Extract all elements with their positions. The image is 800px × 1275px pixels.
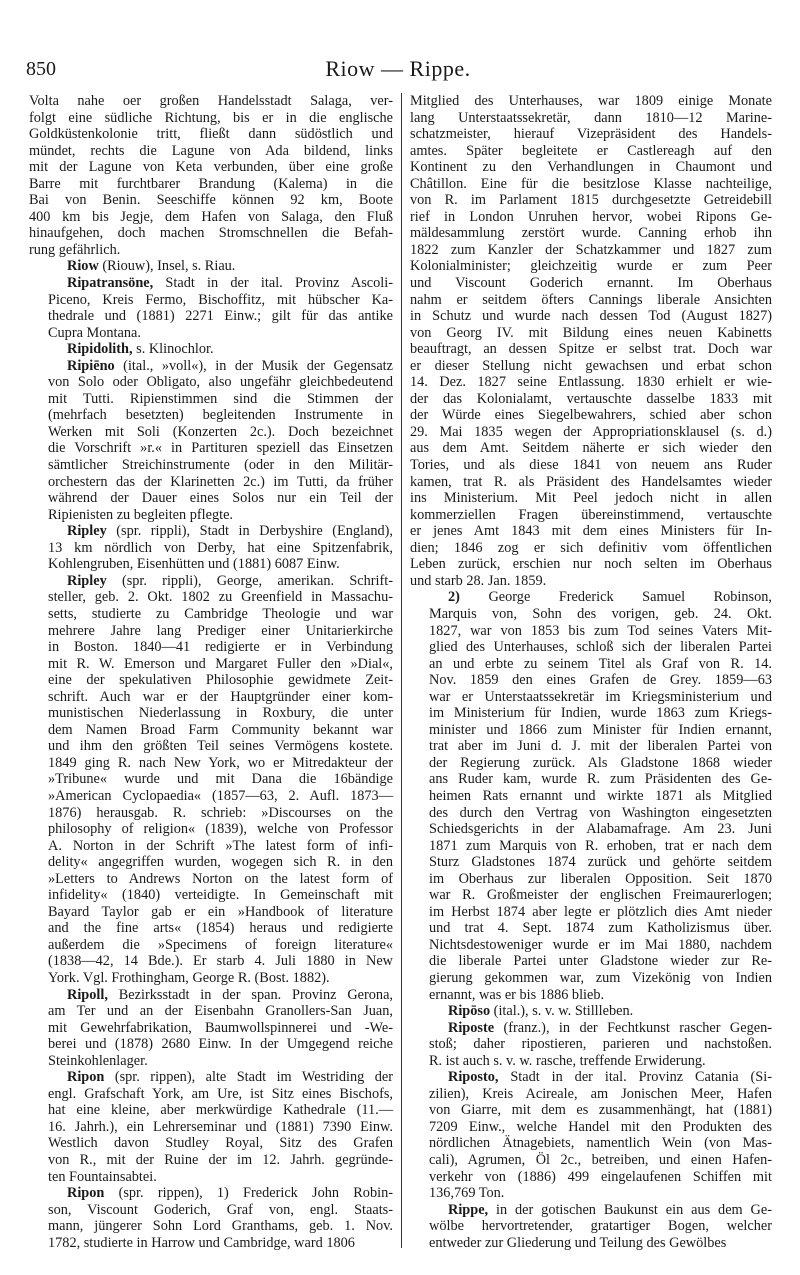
text-line: Rippe, in der gotischen Baukunst ein aus… <box>410 1202 772 1219</box>
text-line: mit R. W. Emerson und Margaret Fuller de… <box>29 656 393 673</box>
continued-text: Mitglied des Unterhauses, war 1809 einig… <box>410 93 772 589</box>
text-line: infidelity« (1840) verteidigte. In Gemei… <box>29 887 393 904</box>
text-line: and the fine arts« (1854) heraus und red… <box>29 920 393 937</box>
entry-headword: Ripon <box>67 1069 104 1085</box>
text-line: mit Tutti. Ripienstimmen sind die Stimme… <box>29 391 393 408</box>
text-line: Ripatransöne, Stadt in der ital. Provinz… <box>29 275 393 292</box>
text-line: schatzmeister, hierauf Vizepräsident des… <box>410 126 772 143</box>
text-line: im Oberhaus zur liberalen Opposition. Se… <box>410 871 772 888</box>
text-line: im Ministerium für Indien, wurde 1863 zu… <box>410 705 772 722</box>
text-line: delity« angegriffen wurden, wogegen sich… <box>29 854 393 871</box>
text-line: son, Viscount Goderich, Graf von, engl. … <box>29 1202 393 1219</box>
text-line: am Ter und an der Eisenbahn Granollers-S… <box>29 1003 393 1020</box>
left-column: Volta nahe oer großen Handelsstadt Salag… <box>29 93 393 1251</box>
text-line: die liberale Partei unter Gladstone wied… <box>410 953 772 970</box>
entry-headword: 2) <box>448 589 460 605</box>
text-line: Ripon (spr. rippen), 1) Frederick John R… <box>29 1185 393 1202</box>
text-line: nördlichen Ätnagebiets, namentlich Wein … <box>410 1135 772 1152</box>
text-line: Ripōso (ital.), s. v. w. Stillleben. <box>410 1003 772 1020</box>
text-line: 1827, war von 1853 bis zum Tod seines Va… <box>410 623 772 640</box>
text-line: Ripon (spr. rippen), alte Stadt im Westr… <box>29 1069 393 1086</box>
dictionary-entry: Riposto, Stadt in der ital. Provinz Cata… <box>410 1069 772 1201</box>
text-line: R. ist auch s. v. w. rasche, treffende E… <box>410 1053 772 1070</box>
text-line: sämtlicher Streichinstrumente (oder in d… <box>29 457 393 474</box>
dictionary-entry: Riow (Riouw), Insel, s. Riau. <box>29 258 393 275</box>
text-line: »Tribune« wurde und mit Dana die 16bändi… <box>29 771 393 788</box>
text-line: des durch den Vertrag von Washington ein… <box>410 805 772 822</box>
text-line: 136,769 Ton. <box>410 1185 772 1202</box>
text-line: Riow (Riouw), Insel, s. Riau. <box>29 258 393 275</box>
running-title: Riow — Rippe. <box>26 56 770 82</box>
text-line: und trat 4. Sept. 1874 zum Katholizismus… <box>410 920 772 937</box>
text-line: wölbe hervortretender, gratartiger Bogen… <box>410 1218 772 1235</box>
text-line: »American Cyclopaedia« (1857—63, 2. Aufl… <box>29 788 393 805</box>
dictionary-entry: Rippe, in der gotischen Baukunst ein aus… <box>410 1202 772 1252</box>
text-line: an und erbte zu seinem Titel als Graf vo… <box>410 656 772 673</box>
dictionary-entry: Ripatransöne, Stadt in der ital. Provinz… <box>29 275 393 341</box>
text-line: entweder zur Gliederung und Teilung des … <box>410 1235 772 1252</box>
text-line: ten Fountainsabtei. <box>29 1169 393 1186</box>
dictionary-entry: Ripōso (ital.), s. v. w. Stillleben. <box>410 1003 772 1020</box>
text-line: 29. Mai 1835 wegen der Appropriationskla… <box>410 424 772 441</box>
text-line: außerdem die »Specimens of foreign liter… <box>29 937 393 954</box>
text-line: mit der Lagune von Keta verbunden, über … <box>29 159 393 176</box>
text-line: glied des Unterhauses, schloß sich der l… <box>410 639 772 656</box>
text-line: der das Kolonialamt, vertauschte dasselb… <box>410 391 772 408</box>
entry-headword: Ripoll, <box>67 987 108 1003</box>
text-line: und ihm den größten Teil seines Vermögen… <box>29 738 393 755</box>
text-line: 7209 Einw., welche Handel mit den Produk… <box>410 1119 772 1136</box>
entry-headword: Riposte <box>448 1020 494 1036</box>
text-line: Werken mit Soli (Konzerten 2c.). Doch be… <box>29 424 393 441</box>
text-line: dem Namen Broad Farm Community bekannt w… <box>29 722 393 739</box>
dictionary-entry: Ripley (spr. rippli), Stadt in Derbyshir… <box>29 523 393 573</box>
text-line: 2) George Frederick Samuel Robinson, <box>410 589 772 606</box>
text-line: Marquis von, Sohn des vorigen, geb. 24. … <box>410 606 772 623</box>
text-line: von R., mit der Ruine der im 12. Jahrh. … <box>29 1152 393 1169</box>
text-line: Kohlengruben, Eisenhütten und (1881) 608… <box>29 556 393 573</box>
text-line: und Viscount Goderich ernannt. Im Oberha… <box>410 275 772 292</box>
text-line: steller, geb. 2. Okt. 1802 zu Greenfield… <box>29 589 393 606</box>
text-line: von Giarre, mit dem es zusammenhängt, ha… <box>410 1102 772 1119</box>
text-line: Ripienisten zu begleiten pflegte. <box>29 507 393 524</box>
text-line: Châtillon. Eine für die besitzlose Klass… <box>410 176 772 193</box>
text-line: cali), Agrumen, Öl 2c., betreiben, und e… <box>410 1152 772 1169</box>
text-line: ans Ruder kam, wurde R. zum Präsidenten … <box>410 771 772 788</box>
text-line: die Vorschrift »r.« in Partituren spezie… <box>29 440 393 457</box>
text-line: verkehr von (1886) 499 eingelaufenen Sch… <box>410 1169 772 1186</box>
text-line: engl. Grafschaft York, am Ure, ist Sitz … <box>29 1086 393 1103</box>
text-line: folgt eine südliche Richtung, bis er in … <box>29 110 393 127</box>
text-line: Bai von Benin. Seeschiffe können 92 km, … <box>29 192 393 209</box>
text-line: trat aber im Juni d. J. mit der liberale… <box>410 738 772 755</box>
text-line: und starb 28. Jan. 1859. <box>410 573 772 590</box>
text-line: York. Vgl. Frothingham, George R. (Bost.… <box>29 970 393 987</box>
text-line: Piceno, Kreis Fermo, Bischoffitz, mit hü… <box>29 292 393 309</box>
text-line: ernannt, was er bis 1886 blieb. <box>410 987 772 1004</box>
text-line: lang Unterstaatssekretär, dann 1810—12 M… <box>410 110 772 127</box>
text-line: eine der spekulativen Philosophie gewidm… <box>29 672 393 689</box>
text-line: Mitglied des Unterhauses, war 1809 einig… <box>410 93 772 110</box>
text-line: Nov. 1859 den eines Grafen de Grey. 1859… <box>410 672 772 689</box>
text-line: hinaufgehen, doch machen Stromschnellen … <box>29 225 393 242</box>
entry-headword: Ripiēno <box>67 358 115 374</box>
entry-headword: Ripon <box>67 1185 104 1201</box>
text-line: Riposto, Stadt in der ital. Provinz Cata… <box>410 1069 772 1086</box>
text-line: »Letters to Andrews Norton on the latest… <box>29 871 393 888</box>
text-line: beauftragt, an dessen Spitze er selbst t… <box>410 341 772 358</box>
text-line: mit Gewehrfabrikation, Baumwollspinnerei… <box>29 1020 393 1037</box>
column-divider <box>401 93 402 1248</box>
text-line: kamen, trat R. als Präsident des Handels… <box>410 474 772 491</box>
text-line: minister und 1866 zum Minister für Indie… <box>410 722 772 739</box>
text-line: stoß; daher ripostieren, parieren und na… <box>410 1036 772 1053</box>
dictionary-entry: Ripon (spr. rippen), alte Stadt im Westr… <box>29 1069 393 1185</box>
text-line: hat eine kleine, aber merkwürdige Kathed… <box>29 1102 393 1119</box>
text-line: der Regierung zurück. Als Gladstone 1868… <box>410 755 772 772</box>
text-line: Tories, und als diese 1841 von neuem ans… <box>410 457 772 474</box>
text-line: Ripoll, Bezirksstadt in der span. Provin… <box>29 987 393 1004</box>
text-line: er jenes Amt 1843 mit dem eines Minister… <box>410 523 772 540</box>
text-line: dien; 1846 zog er sich definitiv vom öff… <box>410 540 772 557</box>
entry-headword: Ripley <box>67 523 107 539</box>
text-line: Riposte (franz.), in der Fechtkunst rasc… <box>410 1020 772 1037</box>
text-line: philosophy of religion« (1839), welche v… <box>29 821 393 838</box>
text-line: mehrere Jahre lang Prediger einer Unitar… <box>29 623 393 640</box>
text-line: Westlich davon Studley Royal, Sitz des G… <box>29 1135 393 1152</box>
text-line: rief in London Unruhen hervor, wobei Rip… <box>410 209 772 226</box>
text-line: 1871 zum Marquis von R. erhoben, trat er… <box>410 838 772 855</box>
text-line: (mehrfach besetzten) begleitenden Instru… <box>29 407 393 424</box>
text-line: von R. im Parlament 1815 durchgesetzte G… <box>410 192 772 209</box>
text-line: amtes. Später begleitete er Castlereagh … <box>410 143 772 160</box>
text-line: der Würde eines Siegelbewahrers, schied … <box>410 407 772 424</box>
text-line: war R. Großmeister der englischen Freima… <box>410 887 772 904</box>
text-line: Ripidolith, s. Klinochlor. <box>29 341 393 358</box>
text-line: 13 km nördlich von Derby, hat eine Spitz… <box>29 540 393 557</box>
text-line: er dieser Stellung nicht gewachsen und e… <box>410 358 772 375</box>
text-line: Volta nahe oer großen Handelsstadt Salag… <box>29 93 393 110</box>
text-line: mündet, rechts die Lagune von Ada bilden… <box>29 143 393 160</box>
text-line: im Herbst 1874 aber legte er plötzlich d… <box>410 904 772 921</box>
text-line: gierung gekommen war, zum Vizekönig von … <box>410 970 772 987</box>
right-column: Mitglied des Unterhauses, war 1809 einig… <box>410 93 772 1251</box>
text-line: munistischen Niederlassung in Roxbury, d… <box>29 705 393 722</box>
text-line: Ripley (spr. rippli), George, amerikan. … <box>29 573 393 590</box>
text-line: kommerziellen Fragen übereinstimmend, ve… <box>410 507 772 524</box>
text-line: Kolonialminister; gleichzeitig wurde er … <box>410 258 772 275</box>
entry-headword: Riow <box>67 258 99 274</box>
text-line: von Georg IV. mit Bildung eines neuen Ka… <box>410 325 772 342</box>
text-line: Ripiēno (ital., »voll«), in der Musik de… <box>29 358 393 375</box>
text-line: aus dem Amt. Seitdem näherte er sich wie… <box>410 440 772 457</box>
text-line: 1822 zum Kanzler der Schatzkammer und 18… <box>410 242 772 259</box>
entry-headword: Riposto, <box>448 1069 498 1085</box>
page-header: 850 Riow — Rippe. <box>26 50 770 80</box>
entry-headword: Rippe, <box>448 1202 488 1218</box>
text-line: heimen Rats ernannt und wirkte 1871 als … <box>410 788 772 805</box>
text-line: während der Dauer eines Solos nur ein Te… <box>29 490 393 507</box>
text-line: Leben zurück, erschien nur noch selten i… <box>410 556 772 573</box>
text-line: A. Norton in der Schrift »The latest for… <box>29 838 393 855</box>
text-line: thedrale und (1881) 2271 Einw.; gilt für… <box>29 308 393 325</box>
text-line: Ripley (spr. rippli), Stadt in Derbyshir… <box>29 523 393 540</box>
text-line: mann, jüngerer Sohn Lord Granthams, geb.… <box>29 1218 393 1235</box>
text-line: ins Ministerium. Mit Peel jedoch nicht i… <box>410 490 772 507</box>
text-line: 1782, studierte in Harrow und Cambridge,… <box>29 1235 393 1252</box>
text-line: schrift. Auch war er der Hauptgründer ei… <box>29 689 393 706</box>
text-line: 1876) herausgab. R. schrieb: »Discourses… <box>29 805 393 822</box>
text-line: Bayard Taylor gab er ein »Handbook of li… <box>29 904 393 921</box>
text-line: in Schutz und wurde nach dessen Tod (Aug… <box>410 308 772 325</box>
text-line: nahm er seitdem öfters Cannings liberale… <box>410 292 772 309</box>
text-line: Sturz Gladstones 1874 zurück und gehörte… <box>410 854 772 871</box>
text-line: orchestern das der Klarinetten 2c.) im T… <box>29 474 393 491</box>
text-line: rung gefährlich. <box>29 242 393 259</box>
continued-text: Volta nahe oer großen Handelsstadt Salag… <box>29 93 393 258</box>
text-line: Cupra Montana. <box>29 325 393 342</box>
dictionary-entry: Ripley (spr. rippli), George, amerikan. … <box>29 573 393 987</box>
text-line: Goldküstenkolonie tritt, fließt dann süd… <box>29 126 393 143</box>
dictionary-entry: Ripidolith, s. Klinochlor. <box>29 341 393 358</box>
text-line: Steinkohlenlager. <box>29 1053 393 1070</box>
text-line: 16. Jahrh.), ein Lehrerseminar und (1881… <box>29 1119 393 1136</box>
text-line: setts, studierte zu Cambridge Theologie … <box>29 606 393 623</box>
entry-headword: Ripidolith, <box>67 341 133 357</box>
text-line: 1849 ging R. nach New York, wo er Mitred… <box>29 755 393 772</box>
text-line: (1838—42, 14 Bde.). Er starb 4. Juli 188… <box>29 953 393 970</box>
entry-headword: Ripōso <box>448 1003 490 1019</box>
text-line: in Boston. 1840—41 redigierte er in Verb… <box>29 639 393 656</box>
dictionary-entry: Ripiēno (ital., »voll«), in der Musik de… <box>29 358 393 523</box>
text-line: Schiedsgerichts in der Alabamafrage. Am … <box>410 821 772 838</box>
dictionary-entry: Riposte (franz.), in der Fechtkunst rasc… <box>410 1020 772 1070</box>
dictionary-entry: 2) George Frederick Samuel Robinson,Marq… <box>410 589 772 1003</box>
text-line: 14. Dez. 1827 seine Entlassung. 1830 erh… <box>410 374 772 391</box>
entry-headword: Ripley <box>67 573 107 589</box>
dictionary-entry: Ripon (spr. rippen), 1) Frederick John R… <box>29 1185 393 1251</box>
entry-headword: Ripatransöne, <box>67 275 153 291</box>
text-line: Barre mit furchtbarer Brandung (Kalema) … <box>29 176 393 193</box>
text-line: Nichtsdestoweniger wurde er im Mai 1880,… <box>410 937 772 954</box>
text-line: mäldesammlung zerstört wurde. Canning er… <box>410 225 772 242</box>
text-line: zilien), Kreis Acireale, am Jonischen Me… <box>410 1086 772 1103</box>
text-line: war er Unterstaatssekretär im Kriegsmini… <box>410 689 772 706</box>
text-line: 400 km bis Jegje, dem Hafen von Salaga, … <box>29 209 393 226</box>
text-line: berei und (1878) 2680 Einw. In der Umgeg… <box>29 1036 393 1053</box>
text-line: von Solo oder Obligato, also ungefähr gl… <box>29 374 393 391</box>
dictionary-entry: Ripoll, Bezirksstadt in der span. Provin… <box>29 987 393 1070</box>
text-line: Kontinent zu den Verhandlungen in Chaumo… <box>410 159 772 176</box>
